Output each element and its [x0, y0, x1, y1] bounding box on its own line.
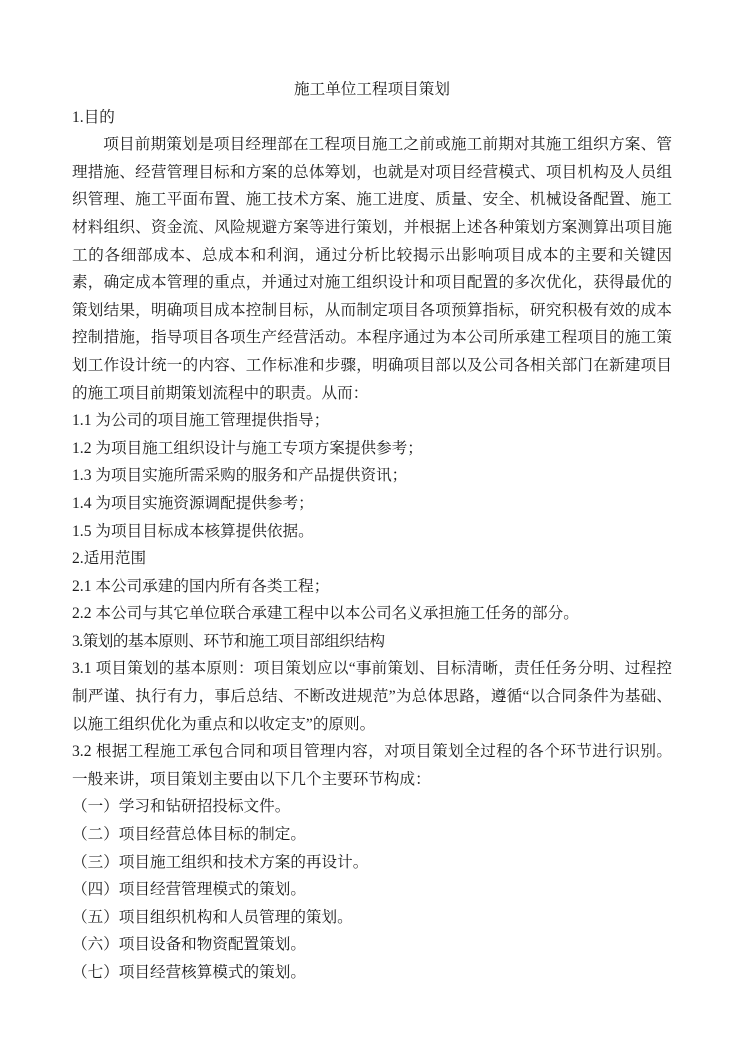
- section-3-heading: 3.策划的基本原则、环节和施工项目部组织结构: [72, 628, 672, 656]
- process-step-5: （五）项目组织机构和人员管理的策划。: [72, 904, 672, 932]
- purpose-item-3: 1.3 为项目实施所需采购的服务和产品提供资讯；: [72, 462, 672, 490]
- process-step-7: （七）项目经营核算模式的策划。: [72, 959, 672, 987]
- process-step-1: （一）学习和钻研招投标文件。: [72, 793, 672, 821]
- purpose-item-2: 1.2 为项目施工组织设计与施工专项方案提供参考；: [72, 435, 672, 463]
- purpose-item-5: 1.5 为项目目标成本核算提供依据。: [72, 518, 672, 546]
- process-step-3: （三）项目施工组织和技术方案的再设计。: [72, 849, 672, 877]
- section-2-heading: 2.适用范围: [72, 545, 672, 573]
- doc-title: 施工单位工程项目策划: [72, 76, 672, 104]
- process-step-2: （二）项目经营总体目标的制定。: [72, 821, 672, 849]
- scope-item-1: 2.1 本公司承建的国内所有各类工程；: [72, 573, 672, 601]
- process-paragraph: 3.2 根据工程施工承包合同和项目管理内容，对项目策划全过程的各个环节进行识别。…: [72, 738, 672, 793]
- section-1-body-paragraph: 项目前期策划是项目经理部在工程项目施工之前或施工前期对其施工组织方案、管理措施、…: [72, 131, 672, 407]
- process-step-6: （六）项目设备和物资配置策划。: [72, 931, 672, 959]
- principles-paragraph: 3.1 项目策划的基本原则：项目策划应以“事前策划、目标清晰，责任任务分明、过程…: [72, 655, 672, 738]
- document-page: 施工单位工程项目策划 1.目的 项目前期策划是项目经理部在工程项目施工之前或施工…: [0, 0, 744, 1052]
- process-step-4: （四）项目经营管理模式的策划。: [72, 876, 672, 904]
- section-1-heading: 1.目的: [72, 104, 672, 132]
- scope-item-2: 2.2 本公司与其它单位联合承建工程中以本公司名义承担施工任务的部分。: [72, 600, 672, 628]
- purpose-item-4: 1.4 为项目实施资源调配提供参考；: [72, 490, 672, 518]
- purpose-item-1: 1.1 为公司的项目施工管理提供指导；: [72, 407, 672, 435]
